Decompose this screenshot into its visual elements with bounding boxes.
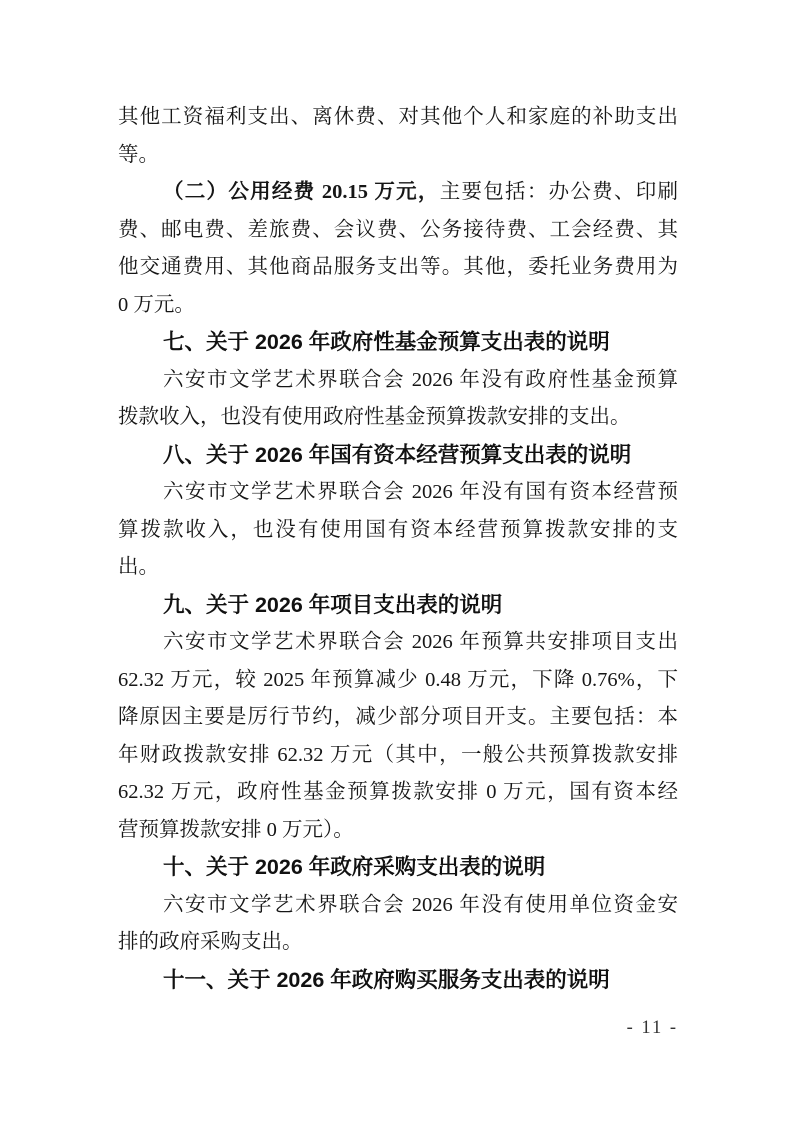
document-page: 其他工资福利支出、离休费、对其他个人和家庭的补助支出 等。 （二）公用经费 20… bbox=[0, 0, 793, 1122]
doc-line: 年财政拨款安排 62.32 万元（其中，一般公共预算拨款安排 bbox=[118, 737, 678, 775]
doc-line: 六安市文学艺术界联合会 2026 年预算共安排项目支出 bbox=[118, 624, 678, 662]
section-heading-11: 十一、关于 2026 年政府购买服务支出表的说明 bbox=[118, 962, 678, 1000]
paragraph-text: 主要包括：办公费、印刷 bbox=[440, 181, 678, 203]
paragraph-lead-bold: （二）公用经费 20.15 万元， bbox=[163, 181, 440, 203]
doc-line: （二）公用经费 20.15 万元，主要包括：办公费、印刷 bbox=[118, 174, 678, 212]
doc-line: 0 万元。 bbox=[118, 287, 678, 325]
doc-line: 营预算拨款安排 0 万元）。 bbox=[118, 812, 678, 850]
section-heading-9: 九、关于 2026 年项目支出表的说明 bbox=[118, 587, 678, 625]
doc-line: 六安市文学艺术界联合会 2026 年没有使用单位资金安 bbox=[118, 887, 678, 925]
doc-line: 其他工资福利支出、离休费、对其他个人和家庭的补助支出 bbox=[118, 99, 678, 137]
page-number: - 11 - bbox=[627, 1018, 678, 1039]
doc-line: 六安市文学艺术界联合会 2026 年没有政府性基金预算 bbox=[118, 362, 678, 400]
section-heading-10: 十、关于 2026 年政府采购支出表的说明 bbox=[118, 849, 678, 887]
section-heading-7: 七、关于 2026 年政府性基金预算支出表的说明 bbox=[118, 324, 678, 362]
doc-line: 62.32 万元，政府性基金预算拨款安排 0 万元，国有资本经 bbox=[118, 774, 678, 812]
doc-line: 62.32 万元，较 2025 年预算减少 0.48 万元，下降 0.76%，下 bbox=[118, 662, 678, 700]
doc-line: 六安市文学艺术界联合会 2026 年没有国有资本经营预 bbox=[118, 474, 678, 512]
section-heading-8: 八、关于 2026 年国有资本经营预算支出表的说明 bbox=[118, 437, 678, 475]
doc-line: 他交通费用、其他商品服务支出等。其他，委托业务费用为 bbox=[118, 249, 678, 287]
doc-line: 拨款收入，也没有使用政府性基金预算拨款安排的支出。 bbox=[118, 399, 678, 437]
doc-line: 费、邮电费、差旅费、会议费、公务接待费、工会经费、其 bbox=[118, 212, 678, 250]
doc-line: 降原因主要是厉行节约，减少部分项目开支。主要包括：本 bbox=[118, 699, 678, 737]
doc-line: 算拨款收入，也没有使用国有资本经营预算拨款安排的支 bbox=[118, 512, 678, 550]
doc-line: 排的政府采购支出。 bbox=[118, 924, 678, 962]
doc-line: 出。 bbox=[118, 549, 678, 587]
doc-line: 等。 bbox=[118, 137, 678, 175]
